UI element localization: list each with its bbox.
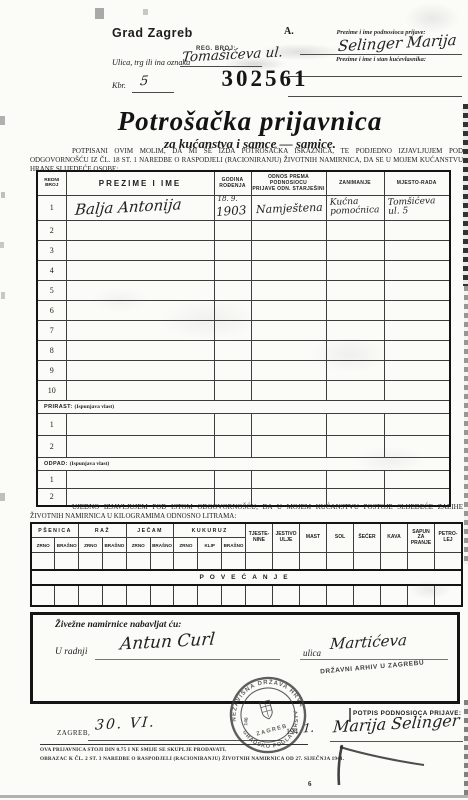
birth-year-cell — [214, 240, 251, 260]
date-handwritten: 30. VI. — [94, 714, 156, 733]
supply-value-cell — [150, 585, 174, 606]
supply-value-cell — [435, 553, 463, 570]
empty-cell — [66, 413, 214, 435]
single-header: MAST — [300, 523, 327, 553]
workplace-cell — [384, 260, 450, 280]
row-number-cell: 8 — [37, 340, 66, 360]
birth-year-cell — [214, 300, 251, 320]
form-title: Potrošačka prijavnica — [50, 106, 450, 137]
signature-handwritten: Marija Selinger — [332, 711, 460, 737]
person-row: 6 — [37, 300, 450, 320]
row-number-cell: 2 — [37, 435, 66, 457]
occupation-cell — [326, 220, 384, 240]
fineprint-line2: OBRAZAC K ČL. 2 ST. 3 NAREDBE O RASPODJE… — [40, 756, 344, 762]
supplies-table-body: POVEĆANJE — [31, 553, 462, 606]
single-header: ŠEĆER — [354, 523, 381, 553]
single-header: KAVA — [381, 523, 408, 553]
supply-value-cell — [273, 553, 300, 570]
row-number-cell: 9 — [37, 360, 66, 380]
pencil-mark — [328, 742, 432, 790]
persons-table-header-row: REDNI BROJ PREZIME I IME GODINA ROĐENJA … — [37, 171, 450, 195]
supply-value-cell — [435, 585, 463, 606]
workplace-cell — [384, 300, 450, 320]
birth-year-cell — [214, 380, 251, 400]
birth-year-cell — [214, 260, 251, 280]
relation-handwritten: Namještena — [255, 200, 322, 215]
empty-cell — [66, 470, 214, 488]
empty-cell — [326, 470, 384, 488]
person-row: 10 — [37, 380, 450, 400]
person-row: 9 — [37, 360, 450, 380]
birth-year-cell: 18. 9.1903 — [214, 195, 251, 220]
supply-value-cell — [126, 585, 150, 606]
supply-value-cell — [381, 585, 408, 606]
workplace-cell — [384, 280, 450, 300]
sub-header: BRAŠNO — [55, 538, 79, 553]
name-cell — [66, 380, 214, 400]
workplace-cell — [384, 380, 450, 400]
name-cell — [66, 280, 214, 300]
occupation-cell — [326, 260, 384, 280]
otpad-label-note: (Ispunjava vlast) — [70, 461, 110, 467]
sub-header: ZRNO — [79, 538, 103, 553]
supply-value-cell — [327, 585, 354, 606]
prirast-label-row: PRIRAST: (Ispunjava vlast) — [37, 400, 450, 413]
person-row: 2 — [37, 220, 450, 240]
occupation-cell — [326, 280, 384, 300]
supplies-paragraph: UJEDNO IZJAVLJUJEM POD ISTOM ODGOVORNOŠĆ… — [30, 503, 463, 521]
workplace-cell: Tomšićeva ul. 5 — [384, 195, 450, 220]
scan-speck — [0, 242, 4, 248]
relation-cell — [251, 240, 326, 260]
occupation-cell — [326, 340, 384, 360]
group-header-raž: RAŽ — [79, 523, 127, 538]
relation-cell — [251, 220, 326, 240]
house-number-underline — [132, 92, 174, 93]
purchase-heading: Živežne namirnice nabavljat ću: — [55, 620, 181, 630]
scan-speck — [1, 292, 5, 299]
birth-year-handwritten: 1903 — [215, 204, 246, 216]
scan-bottom-edge — [0, 795, 468, 798]
row-number-cell: 1 — [37, 470, 66, 488]
sub-header: KLIP — [198, 538, 222, 553]
street2-underline — [300, 659, 448, 660]
house-number-handwritten: 5 — [139, 74, 149, 90]
fineprint-line1: OVA PRIJAVNICA STOJI DIN 0.75 I NE SMIJE… — [40, 747, 227, 753]
row-number-cell: 4 — [37, 260, 66, 280]
supply-value-cell — [381, 553, 408, 570]
prirast-label-note: (Ispunjava vlast) — [75, 404, 115, 410]
supply-value-cell — [79, 585, 103, 606]
otpad-label-text: ODPAD: — [44, 461, 70, 467]
empty-cell — [66, 435, 214, 457]
supply-value-cell — [102, 585, 126, 606]
sub-header: BRAŠNO — [150, 538, 174, 553]
header-redni-broj: REDNI BROJ — [37, 171, 66, 195]
row-number-cell: 2 — [37, 220, 66, 240]
header-prezime-ime: PREZIME I IME — [66, 171, 214, 195]
scan-speck — [95, 8, 104, 19]
supply-value-cell — [150, 553, 174, 570]
supply-value-cell — [327, 553, 354, 570]
relation-cell — [251, 340, 326, 360]
single-header: TJESTE- NINE — [246, 523, 273, 553]
occupation-cell — [326, 360, 384, 380]
empty-cell — [384, 435, 450, 457]
relation-cell — [251, 300, 326, 320]
relation-cell: Namještena — [251, 195, 326, 220]
blank-line — [288, 96, 462, 97]
house-number-label: Kbr. — [112, 81, 126, 90]
person-row: 7 — [37, 320, 450, 340]
supply-value-cell — [79, 553, 103, 570]
scan-speck — [143, 9, 148, 15]
supply-value-cell — [55, 585, 79, 606]
supply-value-cell — [246, 553, 273, 570]
single-header: JESTIVO ULJE — [273, 523, 300, 553]
stamp-center-text: ZAGREB — [256, 723, 288, 737]
occupation-cell: Kućna pomoćnica — [326, 195, 384, 220]
empty-cell — [251, 435, 326, 457]
persons-table: REDNI BROJ PREZIME I IME GODINA ROĐENJA … — [36, 170, 451, 507]
workplace-cell — [384, 220, 450, 240]
supplies-empty-row — [31, 553, 462, 570]
supply-value-cell — [222, 585, 246, 606]
name-cell — [66, 260, 214, 280]
supply-value-cell — [31, 585, 55, 606]
person-row: 4 — [37, 260, 450, 280]
prirast-row: 2 — [37, 435, 450, 457]
person-row: 1Balja Antonija18. 9.1903NamještenaKućna… — [37, 195, 450, 220]
birth-year-cell — [214, 220, 251, 240]
group-header-kukuruz: KUKURUZ — [174, 523, 246, 538]
name-cell — [66, 360, 214, 380]
person-row: 3 — [37, 240, 450, 260]
shop-underline — [95, 659, 280, 660]
birth-year-cell — [214, 320, 251, 340]
name-cell — [66, 220, 214, 240]
stamp-number: 146 — [243, 717, 250, 726]
povecanje-label: POVEĆANJE — [31, 570, 462, 585]
registration-number: 302561 — [195, 66, 335, 92]
group-header-pšenica: PŠENICA — [31, 523, 79, 538]
fineprint-topline — [40, 744, 308, 745]
sub-header: BRAŠNO — [102, 538, 126, 553]
empty-cell — [384, 413, 450, 435]
sub-header: ZRNO — [126, 538, 150, 553]
birth-year-cell — [214, 280, 251, 300]
row-number-cell: 6 — [37, 300, 66, 320]
supply-value-cell — [126, 553, 150, 570]
name-cell — [66, 320, 214, 340]
group-header-ječam: JEČAM — [126, 523, 174, 538]
landlord-label: Prezime i ime i stan kućevlasnika: — [300, 56, 462, 63]
empty-cell — [326, 435, 384, 457]
single-header: SAPUN ZA PRANJE — [408, 523, 435, 553]
supply-value-cell — [222, 553, 246, 570]
otpad-row: 1 — [37, 470, 450, 488]
supply-value-cell — [354, 553, 381, 570]
empty-cell — [251, 413, 326, 435]
header-godina-rodjenja: GODINA ROĐENJA — [214, 171, 251, 195]
empty-cell — [384, 470, 450, 488]
page-number: 6 — [308, 780, 312, 788]
document-page: Grad Zagreb A. Prezime i ime podnosioca … — [0, 0, 468, 800]
supply-value-cell — [31, 553, 55, 570]
supply-value-cell — [174, 585, 198, 606]
supply-value-cell — [102, 553, 126, 570]
name-cell — [66, 240, 214, 260]
supplies-group-row: PŠENICARAŽJEČAMKUKURUZTJESTE- NINEJESTIV… — [31, 523, 462, 538]
occupation-cell — [326, 300, 384, 320]
supply-value-cell — [354, 585, 381, 606]
birth-day-handwritten: 18. 9. — [218, 196, 251, 202]
blank-line — [300, 54, 462, 55]
persons-table-body: 1Balja Antonija18. 9.1903NamještenaKućna… — [37, 195, 450, 506]
street-label: Ulica, trg ili ina oznaka — [112, 58, 190, 67]
relation-cell — [251, 280, 326, 300]
person-row: 8 — [37, 340, 450, 360]
name-handwritten: Balja Antonija — [74, 197, 182, 217]
birth-year-cell — [214, 340, 251, 360]
otpad-section-label: ODPAD: (Ispunjava vlast) — [37, 457, 450, 470]
empty-cell — [251, 470, 326, 488]
street2-label: ulica — [303, 648, 321, 658]
supply-value-cell — [273, 585, 300, 606]
supply-value-cell — [300, 553, 327, 570]
otpad-label-row: ODPAD: (Ispunjava vlast) — [37, 457, 450, 470]
supplies-table: PŠENICARAŽJEČAMKUKURUZTJESTE- NINEJESTIV… — [30, 522, 463, 607]
city-name: Grad Zagreb — [112, 26, 193, 40]
supply-value-cell — [246, 585, 273, 606]
supply-value-cell — [408, 585, 435, 606]
row-number-cell: 5 — [37, 280, 66, 300]
form-section-letter: A. — [284, 26, 294, 37]
supply-value-cell — [174, 553, 198, 570]
single-header: SOL — [327, 523, 354, 553]
pencil-mark-graphic — [328, 742, 432, 790]
scan-speck — [1, 192, 5, 198]
person-row: 5 — [37, 280, 450, 300]
sub-header: ZRNO — [31, 538, 55, 553]
row-number-cell: 3 — [37, 240, 66, 260]
header-zanimanje: ZANIMANJE — [326, 171, 384, 195]
supply-value-cell — [198, 585, 222, 606]
supply-value-cell — [300, 585, 327, 606]
scan-speck — [0, 493, 5, 501]
workplace-cell — [384, 320, 450, 340]
header-mjesto-rada: MJESTO-RADA — [384, 171, 450, 195]
supply-value-cell — [198, 553, 222, 570]
relation-cell — [251, 320, 326, 340]
scan-speck — [0, 116, 5, 125]
place-label: ZAGREB, — [57, 729, 90, 737]
empty-cell — [214, 435, 251, 457]
relation-cell — [251, 260, 326, 280]
row-number-cell: 1 — [37, 195, 66, 220]
relation-cell — [251, 360, 326, 380]
shop-label: U radnji — [55, 647, 87, 657]
supply-value-cell — [55, 553, 79, 570]
prirast-section-label: PRIRAST: (Ispunjava vlast) — [37, 400, 450, 413]
supplies-table-head: PŠENICARAŽJEČAMKUKURUZTJESTE- NINEJESTIV… — [31, 523, 462, 553]
empty-cell — [326, 413, 384, 435]
name-cell: Balja Antonija — [66, 195, 214, 220]
prirast-row: 1 — [37, 413, 450, 435]
prirast-label-text: PRIRAST: — [44, 404, 75, 410]
sub-header: ZRNO — [174, 538, 198, 553]
occupation-cell — [326, 380, 384, 400]
scan-edge-artifact — [464, 286, 468, 564]
single-header: PETRO- LEJ — [435, 523, 463, 553]
occupation-handwritten: Kućna pomoćnica — [329, 197, 379, 216]
scan-edge-artifact — [463, 104, 468, 286]
row-number-cell: 1 — [37, 413, 66, 435]
workplace-cell — [384, 340, 450, 360]
workplace-cell — [384, 360, 450, 380]
workplace-cell — [384, 240, 450, 260]
occupation-cell — [326, 320, 384, 340]
scan-edge-artifact — [464, 700, 468, 796]
birth-year-cell — [214, 360, 251, 380]
relation-cell — [251, 380, 326, 400]
supplies-empty-row — [31, 585, 462, 606]
name-cell — [66, 340, 214, 360]
povecanje-row: POVEĆANJE — [31, 570, 462, 585]
empty-cell — [214, 470, 251, 488]
header-odnos: ODNOS PREMA PODNOSIOCU PRIJAVE ODN. STAR… — [251, 171, 326, 195]
supply-value-cell — [408, 553, 435, 570]
sub-header: BRAŠNO — [222, 538, 246, 553]
workplace-handwritten: Tomšićeva ul. 5 — [387, 197, 435, 216]
occupation-cell — [326, 240, 384, 260]
empty-cell — [214, 413, 251, 435]
row-number-cell: 10 — [37, 380, 66, 400]
name-cell — [66, 300, 214, 320]
row-number-cell: 7 — [37, 320, 66, 340]
